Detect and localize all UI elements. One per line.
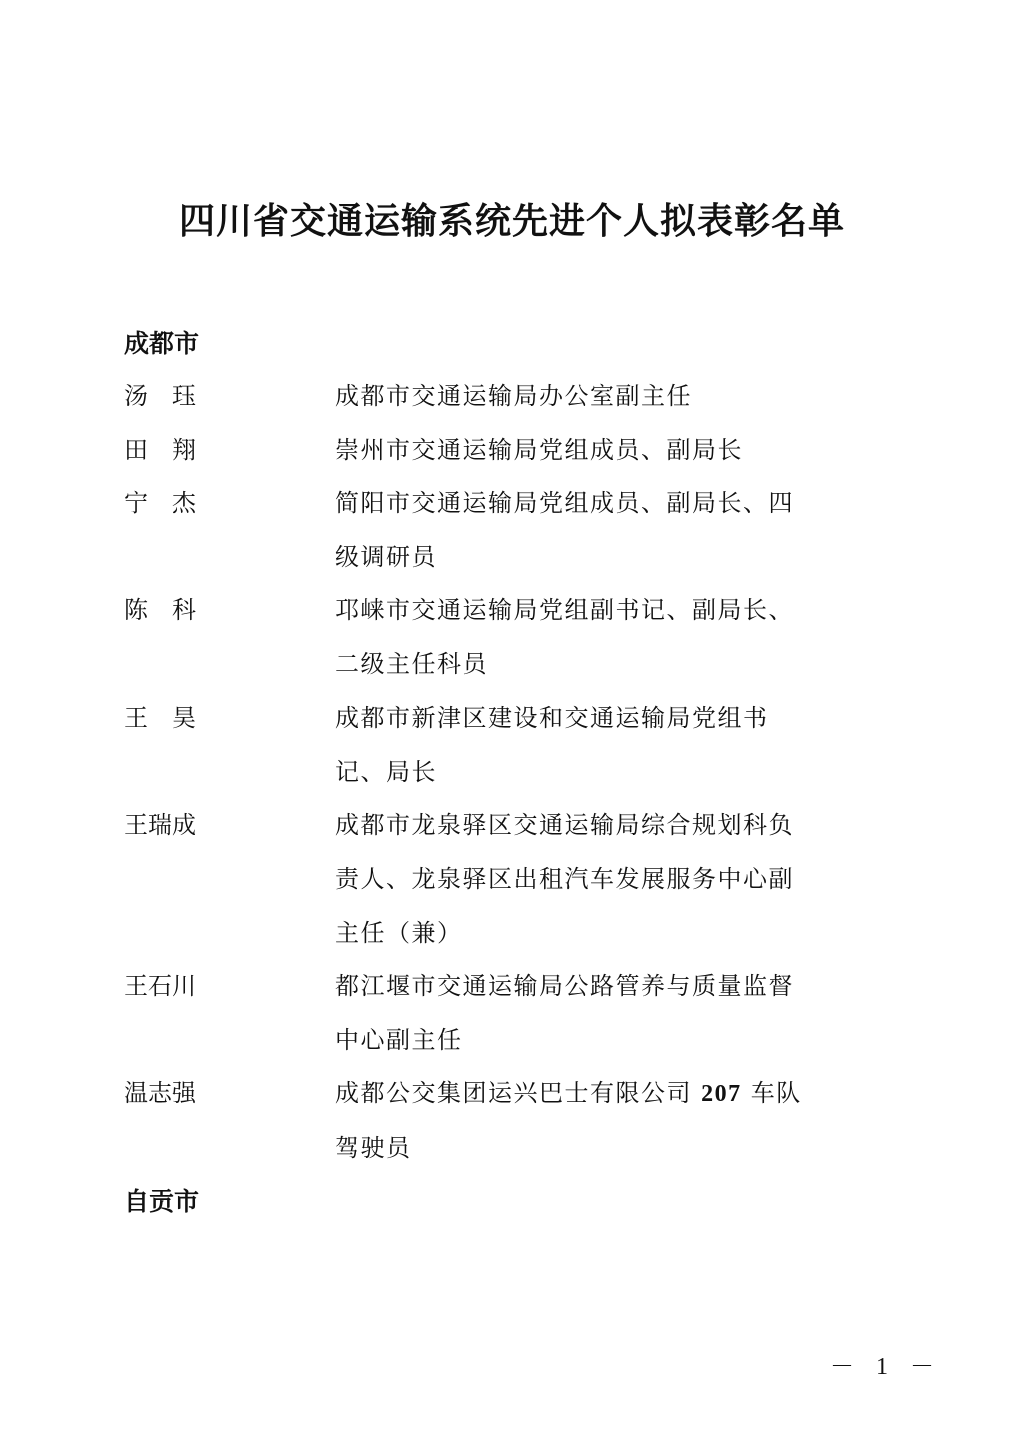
person-position: 成都市交通运输局办公室副主任: [335, 369, 845, 423]
person-name: 宁 杰: [124, 476, 224, 530]
person-name: 温志强: [124, 1066, 224, 1120]
page-number: － 1 －: [830, 1346, 942, 1381]
fleet-number: 207: [701, 1081, 742, 1107]
person-name: 汤 珏: [124, 369, 224, 423]
person-position: 成都市新津区建设和交通运输局党组书 记、局长: [335, 691, 845, 799]
person-position: 都江堰市交通运输局公路管养与质量监督 中心副主任: [335, 959, 845, 1067]
person-name: 王 昊: [124, 691, 224, 745]
person-name: 王瑞成: [124, 798, 224, 852]
person-position: 简阳市交通运输局党组成员、副局长、四 级调研员: [335, 476, 845, 584]
section-heading-chengdu: 成都市: [124, 326, 199, 362]
person-name: 田 翔: [124, 423, 224, 477]
person-position: 成都公交集团运兴巴士有限公司 207 车队 驾驶员: [335, 1066, 845, 1175]
document-title: 四川省交通运输系统先进个人拟表彰名单: [0, 196, 1024, 248]
person-name: 陈 科: [124, 583, 224, 637]
section-heading-zigong: 自贡市: [124, 1184, 199, 1220]
person-name: 王石川: [124, 959, 224, 1013]
person-position: 成都市龙泉驿区交通运输局综合规划科负 责人、龙泉驿区出租汽车发展服务中心副 主任…: [335, 798, 845, 960]
person-position: 邛崃市交通运输局党组副书记、副局长、 二级主任科员: [335, 583, 845, 691]
person-position: 崇州市交通运输局党组成员、副局长: [335, 423, 845, 477]
